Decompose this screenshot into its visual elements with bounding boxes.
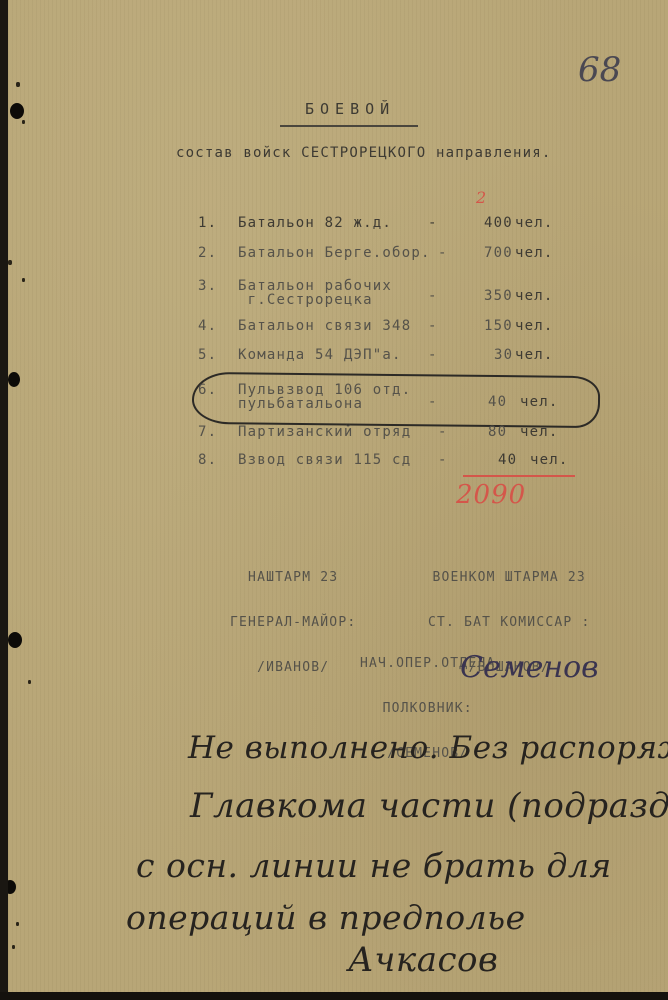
dash: - (428, 394, 438, 410)
signatory-rank: ГЕНЕРАЛ-МАЙОР: (230, 615, 356, 630)
unit-row: 3. Батальон рабочих г.Сестрорецка - 350 … (8, 278, 668, 314)
paper-speck (16, 922, 19, 926)
dash: - (428, 347, 438, 363)
paper-speck (12, 945, 15, 949)
unit-number: 4. (198, 318, 217, 334)
unit-name: Батальон Берге.обор. (238, 245, 431, 261)
red-annotation-mark: 2 (476, 188, 486, 207)
punch-hole (8, 880, 16, 894)
document-page: 68 БОЕВОЙ состав войск СЕСТРОРЕЦКОГО нап… (8, 0, 668, 992)
unit-count: 150 (484, 318, 513, 334)
dash: - (428, 318, 438, 334)
dash: - (438, 452, 448, 468)
unit-label: чел. (515, 288, 554, 304)
handwritten-note-line: с осн. линии не брать для (136, 846, 612, 885)
paper-speck (22, 120, 25, 124)
unit-number: 8. (198, 452, 217, 468)
unit-number: 5. (198, 347, 217, 363)
document-title: БОЕВОЙ (305, 100, 395, 118)
handwritten-note-line: Не выполнено. Без распоряж. (188, 730, 668, 766)
unit-name-line2: пульбатальона (238, 396, 363, 412)
unit-label: чел. (520, 424, 559, 440)
unit-name-line2: г.Сестрорецка (238, 292, 373, 308)
signatory-title: НАШТАРМ 23 (230, 570, 356, 585)
handwritten-note-line: операций в предполье (126, 898, 526, 937)
unit-name: Команда 54 ДЭП"а. (238, 347, 402, 363)
punch-hole (10, 103, 24, 119)
unit-row: 8. Взвод связи 115 сд - 40 чел. (8, 452, 668, 472)
handwritten-note-line: Главкома части (подразд) (190, 786, 668, 826)
punch-hole (8, 632, 22, 648)
unit-count: 40 (488, 394, 507, 410)
unit-row: 2. Батальон Берге.обор. - 700 чел. (8, 245, 668, 265)
unit-name: Партизанский отряд (238, 424, 411, 440)
unit-row: 4. Батальон связи 348 - 150 чел. (8, 318, 668, 338)
unit-count: 30 (494, 347, 513, 363)
handwritten-signature: Семенов (460, 650, 599, 685)
dash: - (438, 424, 448, 440)
total-sum: 2090 (456, 480, 526, 510)
unit-row-circled: 6. Пульвзвод 106 отд. пульбатальона - 40… (8, 382, 668, 418)
dash: - (428, 288, 438, 304)
unit-number: 7. (198, 424, 217, 440)
document-subtitle: состав войск СЕСТРОРЕЦКОГО направления. (176, 145, 552, 161)
unit-label: чел. (515, 318, 554, 334)
unit-number: 1. (198, 215, 217, 231)
dash: - (438, 245, 448, 261)
signatory-chief-of-staff: НАШТАРМ 23 ГЕНЕРАЛ-МАЙОР: /ИВАНОВ/ (230, 540, 356, 705)
paper-speck (16, 82, 20, 87)
signatory-rank: ПОЛКОВНИК: (360, 701, 495, 716)
scan-bottom-edge (0, 992, 668, 1000)
unit-label: чел. (515, 347, 554, 363)
unit-row: 1. Батальон 82 ж.д. - 400 чел. (8, 215, 668, 235)
unit-name: Батальон 82 ж.д. (238, 215, 392, 231)
unit-number: 2. (198, 245, 217, 261)
unit-row: 5. Команда 54 ДЭП"а. - 30 чел. (8, 347, 668, 367)
dash: - (428, 215, 438, 231)
unit-name: Взвод связи 115 сд (238, 452, 411, 468)
unit-number: 6. (198, 382, 217, 398)
unit-label: чел. (515, 215, 554, 231)
unit-label: чел. (530, 452, 569, 468)
unit-count: 400 (484, 215, 513, 231)
unit-row: 7. Партизанский отряд - 80 чел. (8, 424, 668, 444)
unit-count: 700 (484, 245, 513, 261)
total-underline (463, 475, 575, 477)
signatory-name: /ИВАНОВ/ (230, 660, 356, 675)
page-number: 68 (578, 50, 621, 90)
unit-count: 40 (498, 452, 517, 468)
unit-label: чел. (520, 394, 559, 410)
unit-count: 350 (484, 288, 513, 304)
unit-number: 3. (198, 278, 217, 294)
signatory-title: ВОЕНКОМ ШТАРМА 23 (428, 570, 590, 585)
title-underline (280, 125, 418, 127)
unit-label: чел. (515, 245, 554, 261)
handwritten-note-signature: Ачкасов (348, 940, 498, 980)
unit-name: Батальон связи 348 (238, 318, 411, 334)
paper-speck (28, 680, 31, 684)
unit-count: 80 (488, 424, 507, 440)
